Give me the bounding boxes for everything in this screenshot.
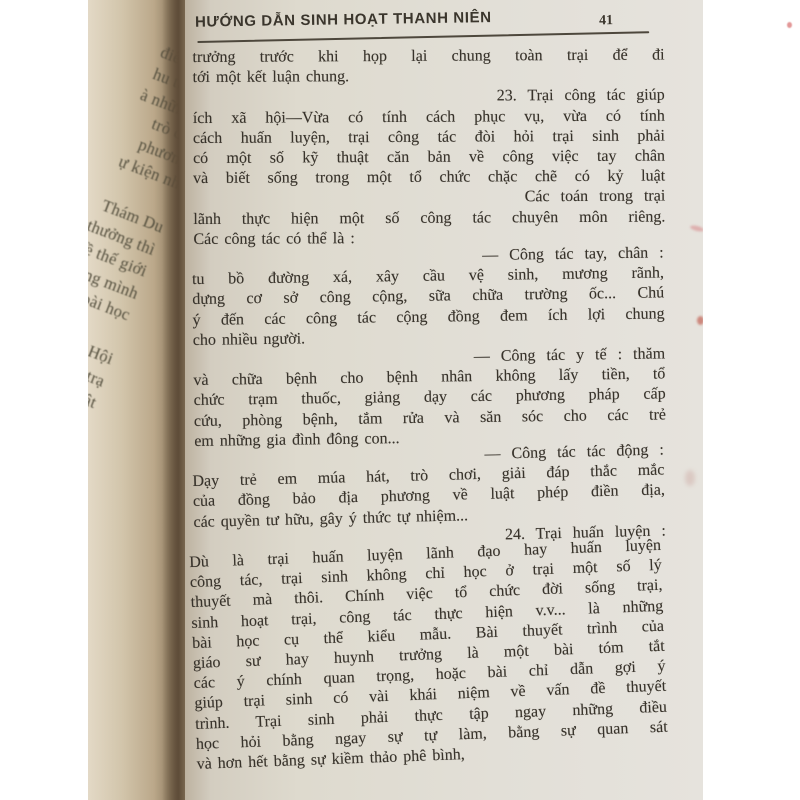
paragraph-group: — Công tác tay, chân : tu bồ đường xá, x… bbox=[192, 243, 667, 451]
ink-stain bbox=[685, 470, 695, 486]
ink-stain bbox=[787, 22, 792, 28]
ink-stain bbox=[697, 316, 703, 325]
text-line: Các toán trong trại bbox=[193, 187, 665, 210]
text-line: và biết sống trong một tổ chức chặc chẽ … bbox=[193, 167, 665, 190]
text-line: lãnh thực hiện một số công tác chuyên mô… bbox=[193, 207, 665, 230]
header-rule bbox=[197, 31, 649, 43]
section-heading-line: 23. Trại công tác giúp bbox=[193, 86, 665, 109]
paragraph-group: Dù là trại huấn luyện lãnh đạo hay huấn … bbox=[189, 535, 669, 774]
running-header-title: HƯỚNG DẪN SINH HOẠT THANH NIÊN bbox=[195, 6, 665, 30]
paragraph-group: — Công tác tác động : Dạy trẻ em múa hát… bbox=[192, 440, 666, 552]
paragraph-group: trưởng trước khi họp lại chung toàn trại… bbox=[192, 46, 665, 250]
page-header: HƯỚNG DẪN SINH HOẠT THANH NIÊN 41 bbox=[195, 6, 665, 30]
page-body: trưởng trước khi họp lại chung toàn trại… bbox=[193, 48, 665, 775]
text-line: trưởng trước khi họp lại chung toàn trại… bbox=[192, 46, 664, 69]
page-number: 41 bbox=[599, 13, 613, 29]
text-line: tới một kết luận chung. bbox=[193, 66, 665, 89]
text-line: cách huấn luyện, trại công tác đòi hỏi t… bbox=[193, 126, 665, 149]
text-line: ích xã hội—Vừa có tính cách phục vụ, vừa… bbox=[193, 106, 665, 129]
book-photo: s và điểm, nhì hu thập d à những đ trò c… bbox=[0, 0, 800, 800]
text-line: có một số kỹ thuật căn bản về công việc … bbox=[193, 146, 665, 169]
book-page: HƯỚNG DẪN SINH HOẠT THANH NIÊN 41 trưởng… bbox=[185, 0, 703, 800]
ink-stain bbox=[690, 224, 703, 232]
